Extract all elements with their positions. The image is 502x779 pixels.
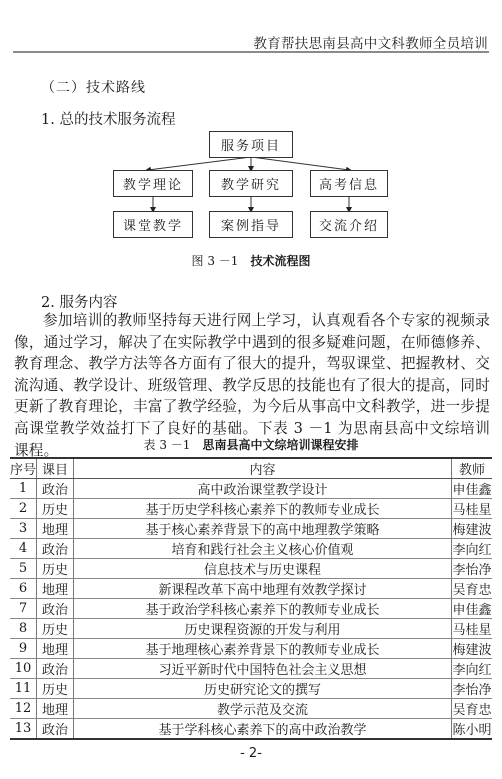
cell-subject: 政治	[37, 479, 74, 499]
table-row: 9地理基于地理核心素养背景下的教师专业成长梅建波	[10, 639, 492, 659]
cell-content: 信息技术与历史课程	[74, 559, 452, 579]
figure-number: 图 3 －1	[192, 254, 239, 268]
table-row: 11历史历史研究论文的撰写李怡净	[10, 679, 492, 699]
cell-teacher: 申佳鑫	[452, 479, 493, 499]
cell-subject: 地理	[37, 579, 74, 599]
column-header-index: 序号	[10, 458, 37, 479]
table-row: 7政治基于政治学科核心素养下的教师专业成长申佳鑫	[10, 599, 492, 619]
cell-content: 基于核心素养背景下的高中地理教学策略	[74, 519, 452, 539]
cell-content: 教学示范及交流	[74, 699, 452, 719]
cell-subject: 政治	[37, 539, 74, 559]
column-header-subject: 课目	[37, 458, 74, 479]
table-row: 6地理新课程改革下高中地理有效教学探讨吴育忠	[10, 579, 492, 599]
cell-teacher: 马桂星	[452, 499, 493, 519]
cell-index: 11	[10, 679, 37, 699]
cell-content: 基于学科核心素养下的高中政治教学	[74, 719, 452, 740]
cell-subject: 地理	[37, 519, 74, 539]
cell-index: 1	[10, 479, 37, 499]
flow-node-teaching-research: 教学研究	[209, 170, 293, 197]
cell-index: 9	[10, 639, 37, 659]
flow-node-classroom-teaching: 课堂教学	[113, 211, 193, 238]
cell-index: 12	[10, 699, 37, 719]
cell-content: 基于历史学科核心素养下的教师专业成长	[74, 499, 452, 519]
figure-caption: 图 3 －1技术流程图	[0, 252, 502, 269]
cell-subject: 地理	[37, 639, 74, 659]
column-header-teacher: 教师	[452, 458, 493, 479]
cell-subject: 政治	[37, 599, 74, 619]
cell-content: 基于地理核心素养背景下的教师专业成长	[74, 639, 452, 659]
cell-index: 5	[10, 559, 37, 579]
cell-subject: 政治	[37, 719, 74, 740]
cell-teacher: 李怡净	[452, 559, 493, 579]
cell-content: 高中政治课堂教学设计	[74, 479, 452, 499]
subsection-heading-2: 2. 服务内容	[41, 291, 117, 312]
flow-node-exam-info: 高考信息	[310, 170, 388, 197]
table-caption: 表 3 －1思南县高中文综培训课程安排	[0, 436, 502, 453]
flow-node-case-guidance: 案例指导	[209, 211, 293, 238]
cell-teacher: 吴育忠	[452, 699, 493, 719]
cell-index: 3	[10, 519, 37, 539]
cell-index: 4	[10, 539, 37, 559]
page-number: - 2-	[0, 746, 502, 761]
course-table: 序号 课目 内容 教师 1政治高中政治课堂教学设计申佳鑫 2历史基于历史学科核心…	[10, 457, 492, 740]
cell-index: 10	[10, 659, 37, 679]
cell-subject: 历史	[37, 499, 74, 519]
cell-teacher: 梅建波	[452, 639, 493, 659]
cell-index: 2	[10, 499, 37, 519]
cell-teacher: 申佳鑫	[452, 599, 493, 619]
table-row: 8历史历史课程资源的开发与利用马桂星	[10, 619, 492, 639]
cell-content: 习近平新时代中国特色社会主义思想	[74, 659, 452, 679]
cell-content: 培育和践行社会主义核心价值观	[74, 539, 452, 559]
table-row: 10政治习近平新时代中国特色社会主义思想李向红	[10, 659, 492, 679]
cell-index: 13	[10, 719, 37, 740]
cell-index: 8	[10, 619, 37, 639]
cell-subject: 历史	[37, 619, 74, 639]
table-row: 13政治基于学科核心素养下的高中政治教学陈小明	[10, 719, 492, 740]
table-row: 5历史信息技术与历史课程李怡净	[10, 559, 492, 579]
table-title: 思南县高中文综培训课程安排	[202, 438, 358, 452]
cell-subject: 政治	[37, 659, 74, 679]
table-row: 4政治培育和践行社会主义核心价值观李向红	[10, 539, 492, 559]
cell-teacher: 马桂星	[452, 619, 493, 639]
cell-content: 历史研究论文的撰写	[74, 679, 452, 699]
table-header-row: 序号 课目 内容 教师	[10, 458, 492, 479]
cell-content: 新课程改革下高中地理有效教学探讨	[74, 579, 452, 599]
cell-teacher: 陈小明	[452, 719, 493, 740]
flow-node-teaching-theory: 教学理论	[113, 170, 193, 197]
cell-subject: 历史	[37, 679, 74, 699]
cell-index: 7	[10, 599, 37, 619]
cell-teacher: 李向红	[452, 659, 493, 679]
cell-teacher: 梅建波	[452, 519, 493, 539]
cell-content: 历史课程资源的开发与利用	[74, 619, 452, 639]
table-row: 12地理教学示范及交流吴育忠	[10, 699, 492, 719]
column-header-content: 内容	[74, 458, 452, 479]
flow-node-root: 服务项目	[209, 131, 293, 158]
table-row: 3地理基于核心素养背景下的高中地理教学策略梅建波	[10, 519, 492, 539]
figure-title: 技术流程图	[250, 254, 310, 268]
cell-teacher: 李向红	[452, 539, 493, 559]
cell-subject: 历史	[37, 559, 74, 579]
flow-node-exchange: 交流介绍	[310, 211, 388, 238]
cell-subject: 地理	[37, 699, 74, 719]
cell-content: 基于政治学科核心素养下的教师专业成长	[74, 599, 452, 619]
cell-teacher: 吴育忠	[452, 579, 493, 599]
cell-teacher: 李怡净	[452, 679, 493, 699]
table-row: 2历史基于历史学科核心素养下的教师专业成长马桂星	[10, 499, 492, 519]
cell-index: 6	[10, 579, 37, 599]
table-number: 表 3 －1	[144, 438, 191, 452]
table-row: 1政治高中政治课堂教学设计申佳鑫	[10, 479, 492, 499]
